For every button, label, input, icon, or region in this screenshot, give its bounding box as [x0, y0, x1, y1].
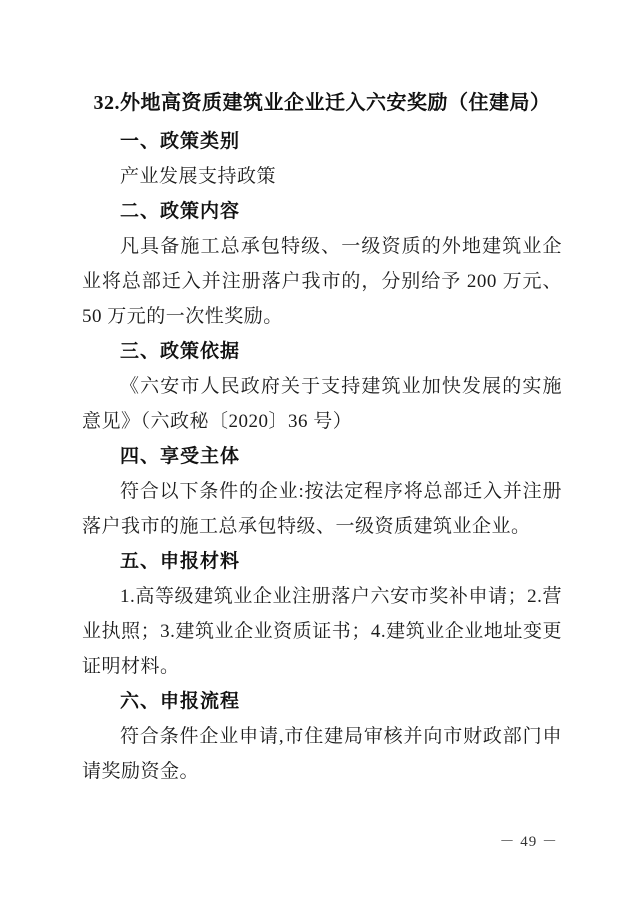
document-title: 32.外地高资质建筑业企业迁入六安奖励（住建局）: [82, 86, 562, 120]
section-heading: 五、申报材料: [82, 544, 562, 579]
section-heading: 三、政策依据: [82, 334, 562, 369]
section-heading: 一、政策类别: [82, 124, 562, 159]
section-beneficiary: 四、享受主体 符合以下条件的企业:按法定程序将总部迁入并注册落户我市的施工总承包…: [82, 439, 562, 544]
section-application-materials: 五、申报材料 1.高等级建筑业企业注册落户六安市奖补申请；2.营业执照；3.建筑…: [82, 544, 562, 684]
section-application-process: 六、申报流程 符合条件企业申请,市住建局审核并向市财政部门申请奖励资金。: [82, 684, 562, 789]
section-heading: 六、申报流程: [82, 684, 562, 719]
section-paragraph: 符合以下条件的企业:按法定程序将总部迁入并注册落户我市的施工总承包特级、一级资质…: [82, 474, 562, 544]
page-number: － 49 －: [499, 830, 558, 851]
section-paragraph: 凡具备施工总承包特级、一级资质的外地建筑业企业将总部迁入并注册落户我市的，分别给…: [82, 229, 562, 334]
document-page: 32.外地高资质建筑业企业迁入六安奖励（住建局） 一、政策类别 产业发展支持政策…: [0, 0, 642, 907]
section-paragraph: 符合条件企业申请,市住建局审核并向市财政部门申请奖励资金。: [82, 719, 562, 789]
section-paragraph: 1.高等级建筑业企业注册落户六安市奖补申请；2.营业执照；3.建筑业企业资质证书…: [82, 579, 562, 684]
section-policy-category: 一、政策类别 产业发展支持政策: [82, 124, 562, 194]
section-policy-basis: 三、政策依据 《六安市人民政府关于支持建筑业加快发展的实施意见》（六政秘〔202…: [82, 334, 562, 439]
section-policy-content: 二、政策内容 凡具备施工总承包特级、一级资质的外地建筑业企业将总部迁入并注册落户…: [82, 194, 562, 334]
document-content: 32.外地高资质建筑业企业迁入六安奖励（住建局） 一、政策类别 产业发展支持政策…: [82, 86, 562, 789]
section-paragraph: 产业发展支持政策: [82, 159, 562, 194]
section-heading: 四、享受主体: [82, 439, 562, 474]
section-heading: 二、政策内容: [82, 194, 562, 229]
section-paragraph: 《六安市人民政府关于支持建筑业加快发展的实施意见》（六政秘〔2020〕36 号）: [82, 369, 562, 439]
